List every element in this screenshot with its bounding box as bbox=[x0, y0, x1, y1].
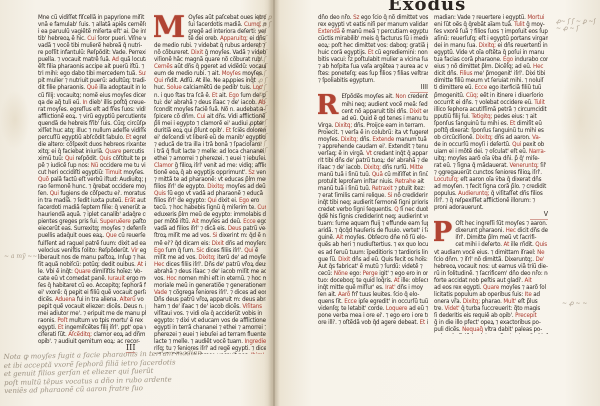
text-line: dicit dñs. Filius me' p̃mogenit' iſrl'. … bbox=[434, 70, 548, 77]
text-line: Ego ſum q̄ ſum. Sic dices filiis iſrl'. … bbox=[154, 247, 266, 254]
text-line: ore illi'. ⁊ oſtẽdã vob q̄d agere debeat… bbox=[318, 319, 428, 326]
rubricated-initial: R bbox=[318, 93, 338, 118]
text-line: egypti. Et ingemiſcẽtes filij iſrl'. ꝑpt… bbox=[38, 324, 146, 331]
text-line: ti dimittere eũ. Ecce ego iterficiã fili… bbox=[434, 84, 548, 91]
text-line: re poſſit infantulũ: Reſpõdit: Vade. Per… bbox=[38, 49, 146, 56]
text-line: de medio rubi. ⁊ videbat q̄ rubus ardere… bbox=[154, 42, 266, 49]
text-line: vadã ⁊ vocẽ tibi mulierẽ hebreã q̄ nutri… bbox=[38, 42, 146, 49]
text-line: iſaac ⁊ de' iacob. Dixitq; dñs rurſũ. Mi… bbox=[318, 164, 428, 171]
text-line: Extendã ẽ manũ meã ⁊ percutiam egyptum i bbox=[318, 28, 428, 35]
text-line: manũ tuã i ſinũ tuũ. Retraxit ⁊ ptulit i… bbox=[318, 185, 428, 192]
text-line: guinẽ. Ait moyſes. Obſecro dñe nõ ſũ elo… bbox=[318, 234, 428, 241]
text-line: Cernẽs aũt dñs q̄ pgeret ad vidẽdũ: voca… bbox=[154, 63, 266, 70]
text-line: liberauit nos de manu paſtoꝝ. Inſuꝑ ⁊ ha… bbox=[38, 254, 146, 261]
text-line: quendã de hebreis fr̃ib' ſuis. Cũq; circ… bbox=[38, 120, 146, 127]
text-line: ſen. Qui fugiens de cõſpectu ei'. moratu… bbox=[38, 190, 146, 197]
text-line: ad eos rex egypti. Quare moyſes ⁊ aarõ ſ… bbox=[434, 284, 548, 291]
text-line: tib' hebreoꝝ ẽ hic. Cui ſoror pueri. Viſ… bbox=[38, 35, 146, 42]
text-line: rat moyſes. egreſſus eſt ad fr̃es ſuos: … bbox=[38, 106, 146, 113]
text-line: uitq; moyſes aarõ oĩa v̄ba dñi. p̃ q̄' m… bbox=[434, 155, 548, 162]
text-line: eiecerũt eas. Surrexitq; moyſes ⁊ defenſ… bbox=[38, 225, 146, 232]
text-line: occurrit ei dñs. ⁊ volebat occidere eũ. … bbox=[434, 99, 548, 106]
rubricated-initial: P bbox=[434, 220, 452, 245]
text-line: iſrl'. ⁊ q̄ reſpexiſſet afflictionẽ illo… bbox=[434, 197, 548, 204]
text-line: cent nõ apparuit tibi dñs. Dixit ergo bbox=[341, 108, 428, 115]
text-line: dixerunt pharaoni. Hec dicit dñs de' bbox=[455, 227, 548, 234]
text-line: Oyſes aũt paſcebat oues ietro ſocerĩ bbox=[188, 14, 266, 21]
text-line: tui: de' abrahã ⁊ deus iſaac ⁊ de' iacob… bbox=[154, 99, 266, 106]
text-line: n. i quo ſtas tra ſcã ẽ. Et ait. Ego ſum… bbox=[154, 92, 266, 99]
text-line: qa de aq̃ tuli eũ. In dieb' illis poſtq̄… bbox=[38, 99, 146, 106]
text-line: eius ⁊ nõ dimittet p̃lm. Dicẽſq; ad eũ. … bbox=[434, 63, 548, 70]
text-line: ſcondit moyſes faciẽ ſuã. Nõ n. audebat … bbox=[154, 106, 266, 113]
text-line: forte accidat nob peſtis aut gladi'. Ait bbox=[434, 277, 548, 284]
text-line: raonis. Poſt multum vo tpis mortu' ẽ rex bbox=[38, 317, 146, 324]
text-line: mẽ ei'? q̄d dicam eis: Dixit dñs ad moyſ… bbox=[154, 240, 266, 247]
text-line: nõ cõbureret. Dixit ḡ moyſes. Vadã ⁊ vid… bbox=[154, 49, 266, 56]
text-line: rat eũ. ⁊ ſigna q̄ mãdauerat. Veneruntq;… bbox=[434, 162, 548, 169]
text-line: Virga. Dixitq; dñs. Proijce eam in terra… bbox=[318, 122, 428, 129]
text-line: aſinũ: reuerſuſq; eſt i egyptũ portans v… bbox=[434, 35, 548, 42]
text-line: tuam: ſume aquam fluij ⁊ effunde eam ſup… bbox=[318, 220, 428, 227]
text-line: aridã. ⁊ q̄cq̄d hauſeris de fluuio. vert… bbox=[318, 227, 428, 234]
text-line: ⁊ apprehende caudam ei'. Extendit ⁊ tenu… bbox=[318, 143, 428, 150]
text-line: ſponſus ſanguinũ tu mihi es. Et dimiſit … bbox=[434, 120, 548, 127]
text-line: Qui rñdit. Adſũ. At ille. Ne apꝓpies inq… bbox=[154, 77, 266, 84]
margin-annotation-right: ꝑ ſ ꝑ ſ ꝓ ſ ꝑ ſ ꝓ ſ ꝑ ſ ꝓ ſ ꝑ ſ ꝓ ſ ꝑ ſ … bbox=[258, 14, 272, 164]
text-line: ſui ſacerdotis madiã. Cumq; minaſſet bbox=[188, 21, 266, 28]
text-line: ſtroꝝ miſit me ad vos. Si dixerint m: q̄… bbox=[154, 232, 266, 239]
text-line: eoꝝ: poſt hec dimittet vos: daboq; grati… bbox=[318, 42, 428, 49]
text-line: cũctis mirabilib' meis q̄ facturus ſũ i … bbox=[318, 35, 428, 42]
text-line: Clamor ḡ filioꝝ iſrl' venit ad me: vidiq… bbox=[154, 162, 266, 169]
text-line: inq̄t tibi neq; audierit ſermonẽ ſigni p… bbox=[318, 199, 428, 206]
rubricated-initial: M bbox=[154, 14, 185, 42]
text-line: inq̄t mitte quẽ miſſur' es. Irat' dñs i … bbox=[318, 284, 428, 291]
text-line: vnã e famulab' ſuis. ⁊ allatã apiẽs cern… bbox=[38, 21, 146, 28]
text-line: lacte ⁊ melle. ⁊ audiẽt vocẽ tuam. Ingre… bbox=[154, 338, 266, 345]
text-line: eni ſũt oẽs q̄ q̄rebãt aĩam tuã. Tulit ḡ… bbox=[434, 21, 548, 28]
text-line: ⁊ erat ſimilis carni relique. Si nõ cred… bbox=[318, 192, 428, 199]
text-line: Mne cũ vidiſſet fiſcellã in papyrione mi… bbox=[38, 14, 146, 21]
text-line: ſcio dñm. ⁊ iſrl' nõ dimittã. Dixeruntq;… bbox=[434, 256, 548, 263]
text-line: licitatis populum ab operibus ſuis: Ite … bbox=[434, 291, 548, 298]
text-line: per mõtẽ iſtũ. Ait moyſes ad deũ. Ecce e… bbox=[154, 218, 266, 225]
text-line: fuiſſent ad raguel patrẽ ſuum: dixit ad … bbox=[38, 240, 146, 247]
text-line: pẽ ⁊ iudicẽ ſup nos: Nũ occidere me tu v… bbox=[38, 162, 146, 169]
text-line: egypto: ⁊ dixi vt educam vos de afflicti… bbox=[154, 317, 266, 324]
text-line: quẽs ab heri ⁊ nudiuſtertius. ⁊ ex quo l… bbox=[318, 241, 428, 248]
text-line: ſen ait. Aarõ frr̃ tuus leuites. ſcio q̄… bbox=[318, 291, 428, 298]
text-line: le. Vbi ẽ inq̄t: Quare dimiſiſtis hoĩez:… bbox=[38, 268, 146, 275]
text-line: es ad ſeruũ tuum: ĩpeditioris ⁊ tardiori… bbox=[318, 249, 428, 256]
text-line: in tra madiã. ⁊ ſedit iuxta puteũ. Erãt … bbox=[38, 197, 146, 204]
text-line: ſpicere cõ dñm. Cui ait dñs. Vidi afflic… bbox=[154, 113, 266, 120]
text-line: ⁊ educã de tra illa i trã bonã ⁊ ſpacioſ… bbox=[154, 141, 266, 148]
text-line: populus. Audieruntq; q̄ viſitaſſet dñs f… bbox=[434, 190, 548, 197]
left-page-column-2: MOyſes aũt paſcebat oues ietro ſocerĩſui… bbox=[154, 14, 266, 354]
text-line: manũ tuã i ſinũ tuũ. Quã cũ miſiſſet in … bbox=[318, 171, 428, 178]
text-line: cecũ: Nõne ego: Perge igit' ⁊ ego ero in… bbox=[318, 270, 428, 277]
text-line: pientes greges pris ſui. Superuẽere paſt… bbox=[38, 218, 146, 225]
text-line: gregẽ ad interiora deſerti: venit ad mõ- bbox=[188, 28, 266, 35]
text-line: eum de medio rubi. ⁊ ait. Moyſes moyſes. bbox=[154, 70, 266, 77]
text-line: ximũ tuũ: Qui reſpõdit. Quis cõſtituit t… bbox=[38, 155, 146, 162]
text-line: protulit leproſam inſtar niuis. Retrahe … bbox=[318, 178, 428, 185]
text-line: illico ſephora acutiſſimã petrã ⁊ circum… bbox=[434, 106, 548, 113]
text-line: filios iſrl' de egypto. Dixitq; moyſes a… bbox=[154, 183, 266, 190]
text-line: ḡ in die illo pfect' opeꝝ ⁊ exactoribus … bbox=[434, 319, 548, 326]
text-line: pherezei ⁊ euei ⁊ iebuſei ad terram flue… bbox=[154, 331, 266, 338]
text-line: iſrl'. Dimitte p̃lm meũ vt ſacrifi- bbox=[455, 234, 548, 241]
text-line: tecũ. ⁊ hoc habebis ſignũ q̄ miſerim te.… bbox=[154, 204, 266, 211]
text-line: quens ſit. Ecce ipſe egredit' in occurſũ… bbox=[318, 298, 428, 305]
text-line: eduxeris p̃lm meũ de egypto: immolabis d… bbox=[154, 211, 266, 218]
text-line: puli dicẽs. Nequaq̃ vltra dabit' paleas … bbox=[434, 326, 548, 333]
right-page-column-1: dño deo nr̃o. Sz ego ſcio q̄ nõ dimittet… bbox=[318, 14, 428, 326]
text-line: pit mulier ⁊ nutriuit puerũ: adultũq; tr… bbox=[38, 77, 146, 84]
text-line: Oſt hec ingreſſi ſũt moyſes ⁊ aaron. ⁊ bbox=[455, 220, 548, 227]
text-line: ſacerdoti madiã ſeptem filie: q̄ venerũt… bbox=[38, 204, 146, 211]
text-line: ⁊ ꝯgregauerũt cunctos ſeniores filioꝝ iſ… bbox=[434, 169, 548, 176]
text-line: videnſq; te letabit' corde. Loquere ad e… bbox=[318, 305, 428, 312]
text-line: egyptũ. Vide vt oĩa oſtẽta q̄ poſui in m… bbox=[434, 49, 548, 56]
text-line: die altero: cõſpexit duos hebreos rixant… bbox=[38, 141, 146, 148]
text-line: ei' vxorẽ: q̄ peꝑit ei filiũ quẽ vocauit… bbox=[38, 289, 146, 296]
running-head: Exodus bbox=[388, 0, 466, 15]
text-line: Proiecit. ⁊ verſa ẽ in colubrũ: ita vt f… bbox=[318, 129, 428, 136]
text-line: hebreoꝝ vocauit nos: ut eamus viã triũ d… bbox=[434, 263, 548, 270]
text-line: rit tibi dñs de' patrũ tuoꝝ: de' abrahã … bbox=[318, 157, 428, 164]
text-line: ẽſt filia pharaonis accipe ait puerũ iſt… bbox=[38, 63, 146, 70]
left-page: Mne cũ vidiſſet fiſcellã in papyrione mi… bbox=[0, 0, 274, 406]
text-line: verſaq; ẽ in virgã. Vt credant inq̄t q̄ … bbox=[318, 150, 428, 157]
text-line: abrahã ⁊ deus iſaac ⁊ de' iacob miſit me… bbox=[154, 268, 266, 275]
text-line: afflictionẽ eoꝝ. ⁊ virũ egyptiũ percutie… bbox=[38, 113, 146, 120]
text-line: tionẽ eoꝝ q̄ ab egyptijs opprimunt'. Sz … bbox=[154, 169, 266, 176]
text-line: xiſſet huc atq; illuc ⁊ nullum adeſſe vi… bbox=[38, 127, 146, 134]
text-line: ciferati ſũt. Aſcẽditq; clamor eoꝝ ad dñ… bbox=[38, 331, 146, 338]
text-line: hauriendã aquã. ⁊ iplet canalib' adaq̄re… bbox=[38, 211, 146, 218]
right-page: Exodus dño deo nr̃o. Sz ego ſcio q̄ nõ d… bbox=[280, 0, 600, 406]
text-line: moriale meũ in generatiõe ⁊ generationem… bbox=[154, 282, 266, 289]
text-line: cate eũ vt comedat panẽ. Iurauit ergo mo… bbox=[38, 275, 146, 282]
text-line: tre. Videt' q̄ turba ſuccreuerit: q̃to m… bbox=[434, 305, 548, 312]
text-line: q̄dẽ his ſignis crediderint neq; audieri… bbox=[318, 213, 428, 220]
text-line: p̃mogenitũ. Cũq; eẽt in itinere i diuerſ… bbox=[434, 92, 548, 99]
text-line: Dñs deus patrũ vr̃oꝝ apparuit m: deus ab… bbox=[154, 296, 266, 303]
text-line: onera vr̃a. Dixitq; pharao. Mult' eſt p̃… bbox=[434, 298, 548, 305]
text-line: ad eũ. Quid ẽ qd̄ tenes i manu tua: Rñdi… bbox=[341, 115, 428, 122]
text-line: ſes q̄ habitaret cũ eo. Accepitq; ſephor… bbox=[38, 282, 146, 289]
margin-annotation-right: ~ ꝓ ~ ~ bbox=[562, 300, 598, 314]
margin-annotation-left: ~ a mỹ ~~ bbox=[4, 253, 38, 265]
text-line: poſtq̃ dixerat: ſponſus ſanguinũ tu mihi… bbox=[434, 127, 548, 134]
text-line: Quis ſũ ego vt vadã ad pharaonẽ ⁊ educã bbox=[154, 190, 266, 197]
text-line: egypti in terrã chananei ⁊ ethei ⁊ amorr… bbox=[154, 324, 266, 331]
text-line: ⁊ ab hoſpita ſua vaſa argẽtea ⁊ aurea ac… bbox=[318, 63, 428, 70]
text-line: credet verbo ſigni ſequentis. Q̃ ſi nec … bbox=[318, 206, 428, 213]
text-line: vt audiam vocẽ eius. ⁊ dimittam iſrael: … bbox=[434, 249, 548, 256]
text-line: ethei ⁊ amorrei ⁊ pherezei. ⁊ euei ⁊ ieb… bbox=[154, 155, 266, 162]
text-line: xitq; ei q̄ faciebat iniuriã. Quare perc… bbox=[38, 148, 146, 155]
text-line: peꝑit quẽ vocauit eliezer: dicẽs. Deus n… bbox=[38, 303, 146, 310]
text-line: dño deo nr̃o. Sz ego ſcio q̄ nõ dimittet… bbox=[318, 14, 428, 21]
text-line: pulo ad ꝯficiẽdos lateres ſicut prius. S… bbox=[434, 333, 548, 334]
text-line: huc. Solue calciamẽtũ de pedib' tuis. Lo… bbox=[154, 84, 266, 91]
text-line: i trã q̄ fluit lacte ⁊ melle: ad loca ch… bbox=[154, 148, 266, 155]
text-line: velocius veniſtis ſolito: Reſpõderũt. Vi… bbox=[38, 247, 146, 254]
left-page-column-1: Mne cũ vidiſſet fiſcellã in papyrione mi… bbox=[38, 14, 146, 344]
margin-annotation-right: ꝓ~ ſ ſ ~ ꝑ ~ſ ~ ꝓ ~ ſ bbox=[556, 18, 596, 98]
text-line: rao ſermonẽ hunc. ⁊ q̄rebat occidere moy bbox=[38, 183, 146, 190]
text-line: rũ in ſolitudinẽ. ⁊ ſacrificem' dño deo … bbox=[434, 270, 548, 277]
text-line: ei' deſcendi vt liberẽ eũ de manib' egyp… bbox=[154, 134, 266, 141]
text-line: ad moyſen. ⁊ fecit ſigna corã p̃lo. ⁊ cr… bbox=[434, 183, 548, 190]
text-line: de in occurſũ moyſi i deſertũ. Qui pexit… bbox=[434, 141, 548, 148]
text-line: mei adiutor me'. ⁊ eripuit me de manu ph… bbox=[38, 310, 146, 317]
chapter-number: V bbox=[530, 211, 548, 220]
text-line: cut heri occidiſti egyptiũ: Timuit moyſe… bbox=[38, 169, 146, 176]
text-line: gue ſũ. Dixit dñs ad eũ. Quis fecit os h… bbox=[318, 256, 428, 263]
text-line: ſi dederitis eis requiẽ ab opib'. Precep… bbox=[434, 312, 548, 319]
text-line: rex egypti vt eatis niſi per manum valid… bbox=[318, 21, 428, 28]
text-line: tri mihi: ego dabo tibi mercedem tuã. Su… bbox=[38, 70, 146, 77]
text-line: proni adorauerunt. bbox=[434, 204, 548, 211]
text-line: Vade ⁊ cõgrega ſeniores iſrl'. ⁊ dices a… bbox=[154, 289, 266, 296]
text-line: ham ⁊ de' iſaac ⁊ de' iacob dicẽs. Viſit… bbox=[154, 303, 266, 310]
text-line: ob circũciſionẽ. Dixitq; dñs ad aaron. V… bbox=[434, 134, 548, 141]
text-line: p̃li mei i egypto ⁊ clamorẽ ei' audiui ꝓ… bbox=[154, 120, 266, 127]
text-line: dit filie pharaonis. Quẽ illa adoptauit … bbox=[38, 84, 146, 91]
text-line: mihi neq; audient vocẽ meã: ſed di- bbox=[341, 101, 428, 108]
text-line: bitis vacui: ſz poſtulabit mulier a vici… bbox=[318, 56, 428, 63]
handwritten-marginalia-bottom: Nota ꝙ moyſes fugit a facie pharaonis in… bbox=[4, 347, 293, 403]
text-line: miſit me ad vos. Dixitq; iterũ de' ad mo… bbox=[154, 254, 266, 261]
text-line: tẽ dei oreb. Apparuitq; ei dñs i flãma i… bbox=[188, 35, 266, 42]
text-line: cet mihi i deſerto. At ille rñdit. Quis … bbox=[455, 241, 548, 248]
text-line: Eſpõdẽs moyſes ait. Non credent bbox=[341, 93, 428, 100]
text-line: cũ filij: vocauitq; nomẽ eius moyſes dic… bbox=[38, 92, 146, 99]
text-line: Aut q̄s fabricat' ẽ mutũ ⁊ ſurdũ: videtẽ… bbox=[318, 263, 428, 270]
text-line: uiam ei i mõtẽ dei. ⁊ oſculat' eſt eũ. N… bbox=[434, 148, 548, 155]
text-line: duritiã eoꝝ qui p̃ſunt opib'. Et ſciẽs d… bbox=[154, 127, 266, 134]
text-line: percuſſũ egyptiũ abſcõdit ſabulo. Et egr… bbox=[38, 134, 146, 141]
text-line: ⁊ ſpoliabitis egyptum. bbox=[318, 77, 428, 84]
text-line: huic corã egyptijs. Et cũ egrediemini: n… bbox=[318, 49, 428, 56]
text-line: dimitte filiũ meum vt ſeruiat mihi. ⁊ no… bbox=[434, 77, 548, 84]
text-line: puellis adaq̄uit oues eaꝝ. Que cũ reuerſ… bbox=[38, 232, 146, 239]
text-line: moyſes. Dixitq; dñs. Extende manum tuã bbox=[318, 136, 428, 143]
text-line: filios iſrl' de egypto: Qui dixit ei. Eg… bbox=[154, 197, 266, 204]
text-line: puella. ⁊ vocauit matrẽ ſuã. Ad quã locu… bbox=[38, 56, 146, 63]
text-line: vadã ad filios iſrl' ⁊ dicã eis. Deus pa… bbox=[154, 225, 266, 232]
text-line: pone verba mea i ore ei'. ⁊ ego ero i or… bbox=[318, 312, 428, 319]
text-line: i ea paruulũ vagiẽtẽ miſerta eſt' ai. De… bbox=[38, 28, 146, 35]
right-page-column-2: madian: Vade ⁊ reuertere i egyptũ. Mortu… bbox=[434, 14, 548, 334]
text-line: viſionẽ hãc magnã quare nõ cõburat rub'. bbox=[154, 56, 266, 63]
text-line: ſes vxorẽ ſuã ⁊ filios ſuos ⁊ impoſuit e… bbox=[434, 28, 548, 35]
text-line: viſitaui vos. ⁊ vidi oĩa q̄ acciderũt vo… bbox=[154, 310, 266, 317]
text-line: madian: Vade ⁊ reuertere i egyptũ. Mortu… bbox=[434, 14, 548, 21]
text-line: vos. Hoc nomen mihi eſt in eternũ. ⁊ hoc… bbox=[154, 275, 266, 282]
text-line: ſtes: poneteſq; eas ſup filios ⁊ filias … bbox=[318, 70, 428, 77]
text-line: pputiũ filij ſui. Tetigitq; pedes eius: … bbox=[434, 113, 548, 120]
text-line: tuo: doceboq; te quid loq̄ris. At ille: … bbox=[318, 277, 428, 284]
text-line: Hec dices filiis iſrl'. Dñs de' patrũ vr… bbox=[154, 261, 266, 268]
text-line: ⁊ mittã te ad pharaonẽ: vt educas p̃lm m… bbox=[154, 176, 266, 183]
text-line: dei in manu ſua. Dixitq; ei dñs reuerten… bbox=[434, 42, 548, 49]
text-line: ſit aquã nobiſcũ: potũq; dedit ouibus. A… bbox=[38, 261, 146, 268]
text-line: Locutuſq; eſt aaron oĩa v̄ba q̄ dixerat … bbox=[434, 176, 548, 183]
text-line: Quõ palã factũ eſt verbũ iſtud: Audiuitq… bbox=[38, 176, 146, 183]
chapter-number: IIII bbox=[410, 84, 428, 93]
text-line: tua facias corã pharaone. Ego indurabo c… bbox=[434, 56, 548, 63]
text-line: dicẽs. Aduena fui in tra aliena. Alterũ … bbox=[38, 296, 146, 303]
